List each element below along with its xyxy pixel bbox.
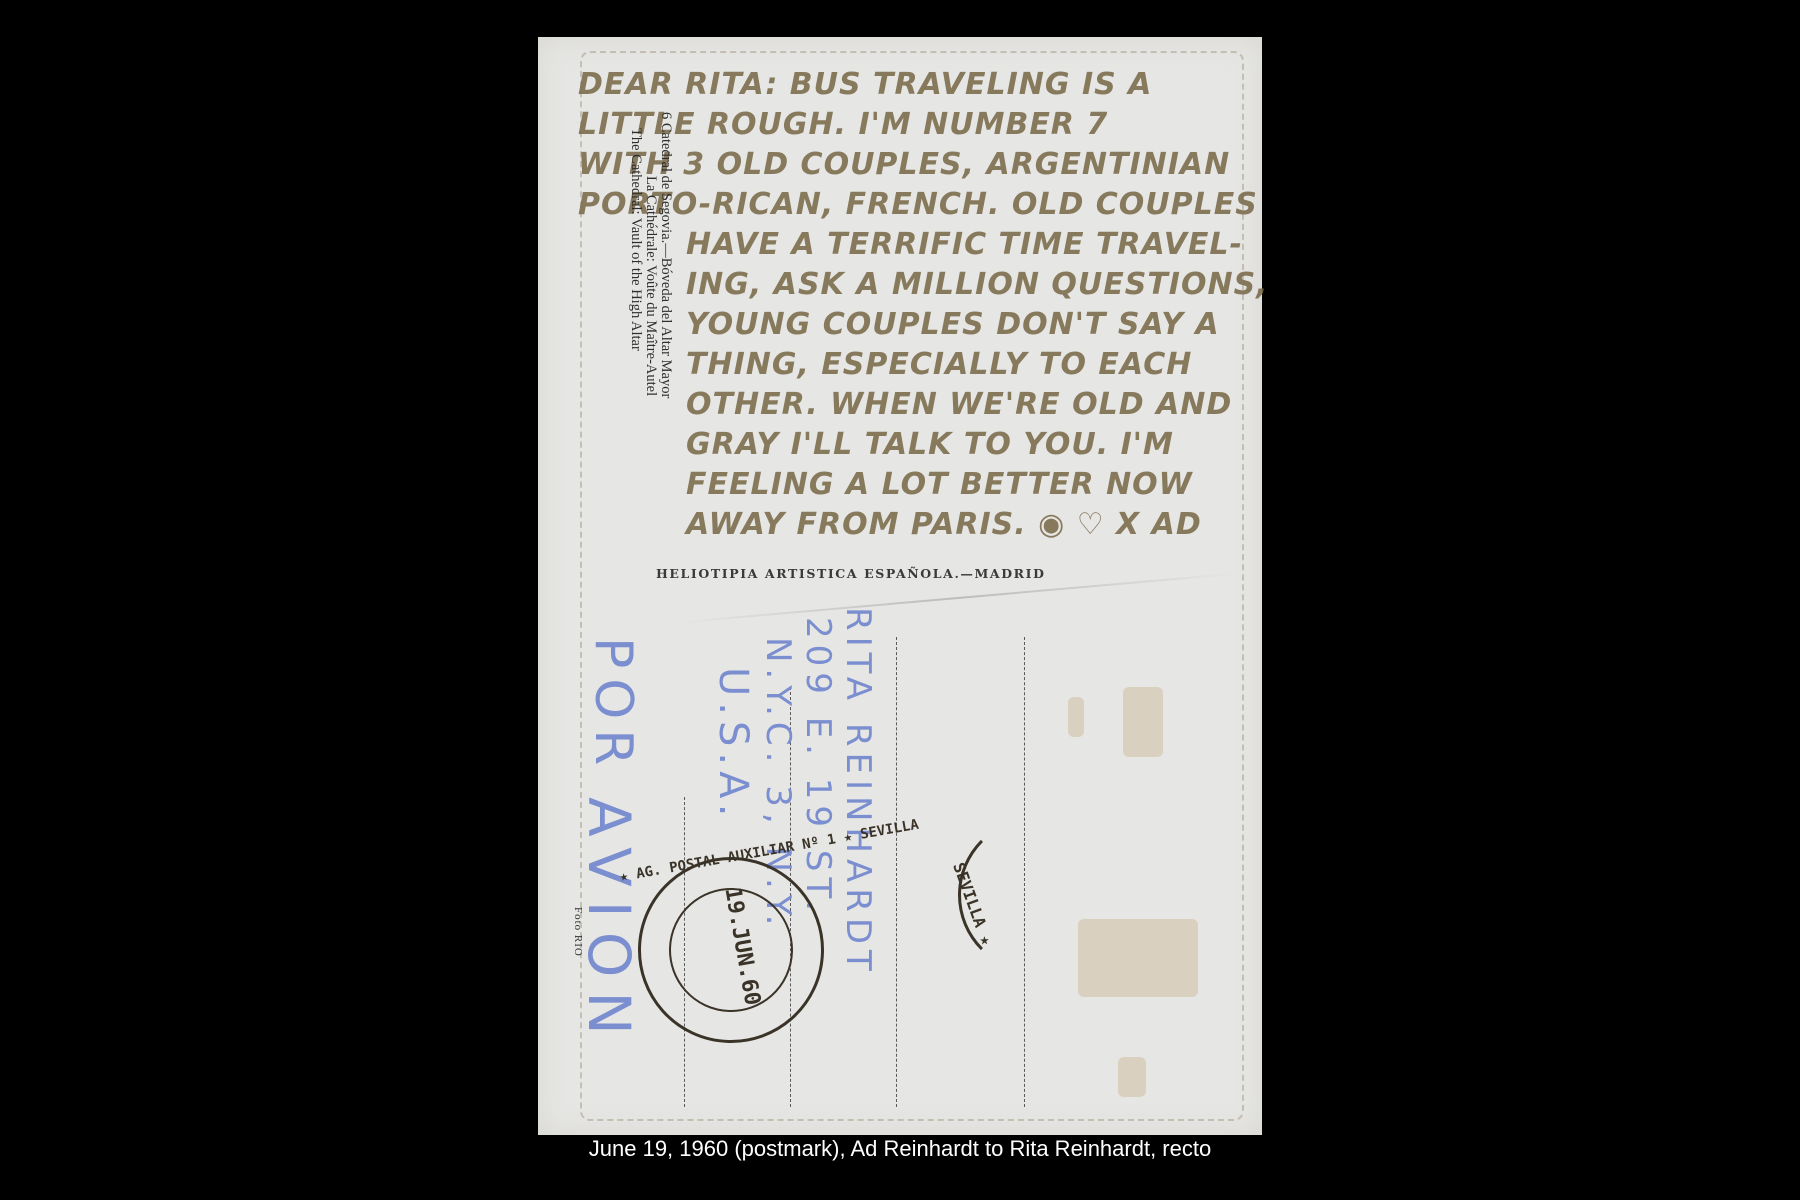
message-line: ing, ask a million questions,	[578, 265, 1238, 305]
publisher-line: HELIOTIPIA ARTISTICA ESPAÑOLA.—MADRID	[656, 566, 1046, 581]
address-line: RITA REINHARDT	[838, 607, 878, 977]
message-line: gray I'll talk to you. I'm	[578, 425, 1238, 465]
message-line: Dear Rita: Bus traveling is a	[578, 65, 1238, 105]
handwritten-message: Dear Rita: Bus traveling is a little rou…	[578, 65, 1238, 545]
photo-credit: Foto RIO	[572, 907, 584, 957]
airmail-por: POR	[583, 637, 643, 775]
stamp-residue	[1123, 687, 1163, 757]
caption-line-english: The Cathedral: Vault of the High Altar	[628, 112, 643, 398]
airmail-avion: AVION	[575, 797, 643, 1049]
postcard: Dear Rita: Bus traveling is a little rou…	[538, 37, 1262, 1135]
message-line: away from Paris. ◉ ♡ x Ad	[578, 505, 1238, 545]
caption-number: 6	[658, 112, 674, 119]
airmail-note: POR	[583, 637, 643, 775]
message-line: feeling a lot better now	[578, 465, 1238, 505]
image-caption: June 19, 1960 (postmark), Ad Reinhardt t…	[0, 1136, 1800, 1162]
airmail-note-avion: AVION	[575, 797, 643, 1049]
address-guide-line	[896, 637, 897, 1107]
address-line: U.S.A.	[710, 667, 756, 822]
message-line: little rough. I'm number 7	[578, 105, 1238, 145]
caption-line-spanish: Catedral de Segovia.—Bóveda del Altar Ma…	[658, 123, 674, 398]
stamp-residue	[1078, 919, 1198, 997]
stamp-residue	[1068, 697, 1084, 737]
printed-image-caption: 6 Catedral de Segovia.—Bóveda del Altar …	[628, 112, 673, 398]
stamp-residue	[1118, 1057, 1146, 1097]
message-line: other. When we're old and	[578, 385, 1238, 425]
message-line: Porto-Rican, French. Old couples	[578, 185, 1238, 225]
message-line: have a terrific time travel-	[578, 225, 1238, 265]
message-line: thing, especially to each	[578, 345, 1238, 385]
message-line: with 3 old couples, Argentinian	[578, 145, 1238, 185]
message-line: young couples don't say a	[578, 305, 1238, 345]
address-line: 209 E. 19 ST.	[798, 617, 838, 917]
caption-line-french: La Cathédrale: Voûte du Maître-Autel	[643, 112, 658, 398]
